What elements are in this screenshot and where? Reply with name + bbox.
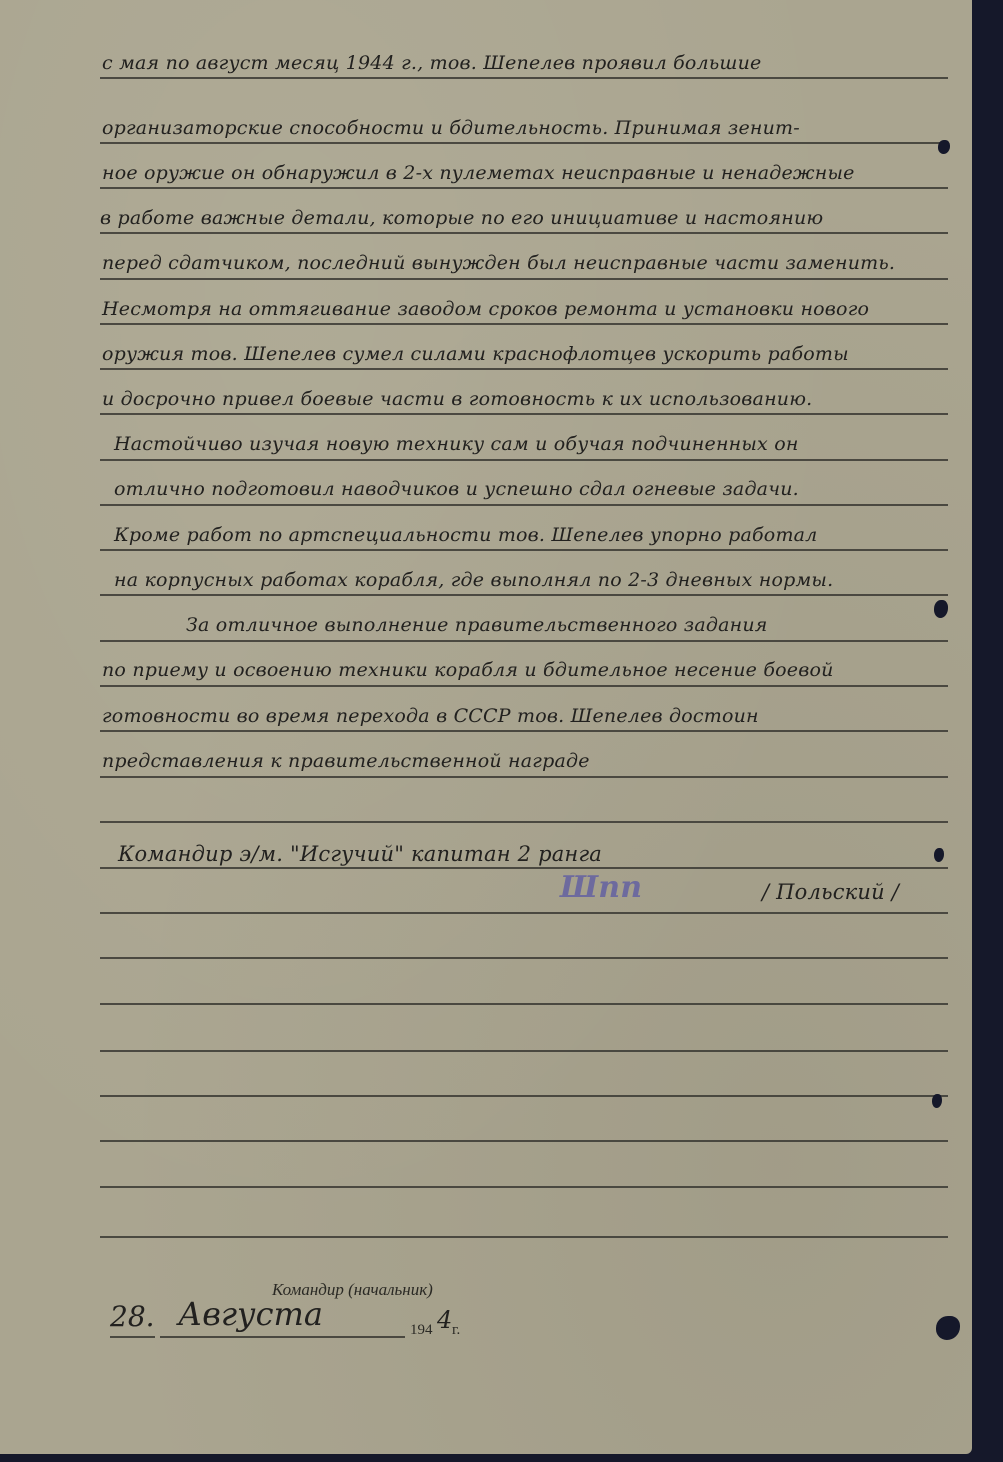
punch-hole bbox=[932, 1094, 942, 1108]
ruled-line bbox=[100, 594, 948, 596]
ruled-line bbox=[100, 459, 948, 461]
ruled-line bbox=[100, 685, 948, 687]
ruled-line bbox=[100, 640, 948, 642]
ruled-line bbox=[100, 368, 948, 370]
commander-title: Командир э/м. "Исгучий" капитан 2 ранга bbox=[118, 842, 602, 866]
body-line-16: представления к правительственной наград… bbox=[102, 750, 590, 772]
ruled-line bbox=[100, 1003, 948, 1005]
signature: Шпп bbox=[560, 870, 642, 905]
ruled-line bbox=[100, 1236, 948, 1238]
ruled-line bbox=[100, 1140, 948, 1142]
body-line-12: на корпусных работах корабля, где выполн… bbox=[114, 569, 833, 591]
date-month: Августа bbox=[178, 1295, 323, 1333]
date-day-line bbox=[110, 1336, 155, 1338]
document-page: с мая по август месяц 1944 г., тов. Шепе… bbox=[0, 0, 972, 1454]
ruled-line bbox=[100, 504, 948, 506]
ruled-line bbox=[100, 549, 948, 551]
ruled-line bbox=[100, 232, 948, 234]
body-line-11: Кроме работ по артспециальности тов. Шеп… bbox=[114, 524, 817, 546]
body-line-14: по приему и освоению техники корабля и б… bbox=[102, 659, 834, 681]
ruled-line bbox=[100, 187, 948, 189]
body-line-6: Несмотря на оттягивание заводом сроков р… bbox=[102, 298, 869, 320]
body-line-13: За отличное выполнение правительственног… bbox=[186, 614, 768, 636]
punch-hole bbox=[934, 600, 948, 618]
ruled-line bbox=[100, 323, 948, 325]
date-year-suffix: г. bbox=[452, 1322, 460, 1339]
date-year-printed: 194 bbox=[410, 1322, 433, 1339]
body-line-7: оружия тов. Шепелев сумел силами красноф… bbox=[102, 343, 849, 365]
punch-hole bbox=[938, 140, 950, 154]
body-line-9: Настойчиво изучая новую технику сам и об… bbox=[114, 433, 799, 455]
body-line-15: готовности во время перехода в СССР тов.… bbox=[102, 705, 759, 727]
punch-hole bbox=[936, 1316, 960, 1340]
ruled-line bbox=[100, 776, 948, 778]
body-line-4: в работе важные детали, которые по его и… bbox=[100, 207, 823, 229]
ruled-line bbox=[100, 413, 948, 415]
ruled-line bbox=[100, 730, 948, 732]
ruled-line bbox=[100, 278, 948, 280]
body-line-2: организаторские способности и бдительнос… bbox=[102, 117, 800, 139]
ruled-line bbox=[100, 77, 948, 79]
ruled-line bbox=[100, 1186, 948, 1188]
body-line-1: с мая по август месяц 1944 г., тов. Шепе… bbox=[102, 52, 761, 74]
date-day: 28. bbox=[110, 1300, 155, 1333]
body-line-3: ное оружие он обнаружил в 2-х пулеметах … bbox=[102, 162, 855, 184]
ruled-line bbox=[100, 142, 948, 144]
date-month-line bbox=[160, 1336, 405, 1338]
signer-name: / Польский / bbox=[762, 880, 899, 904]
punch-hole bbox=[934, 848, 944, 862]
body-line-5: перед сдатчиком, последний вынужден был … bbox=[102, 252, 895, 274]
ruled-line bbox=[100, 821, 948, 823]
ruled-line bbox=[100, 867, 948, 869]
ruled-line bbox=[100, 912, 948, 914]
ruled-line bbox=[100, 1050, 948, 1052]
ruled-line bbox=[100, 1095, 948, 1097]
ruled-line bbox=[100, 957, 948, 959]
body-line-8: и досрочно привел боевые части в готовно… bbox=[102, 388, 812, 410]
body-line-10: отлично подготовил наводчиков и успешно … bbox=[114, 478, 799, 500]
date-year-handwritten: 4 bbox=[437, 1306, 452, 1334]
